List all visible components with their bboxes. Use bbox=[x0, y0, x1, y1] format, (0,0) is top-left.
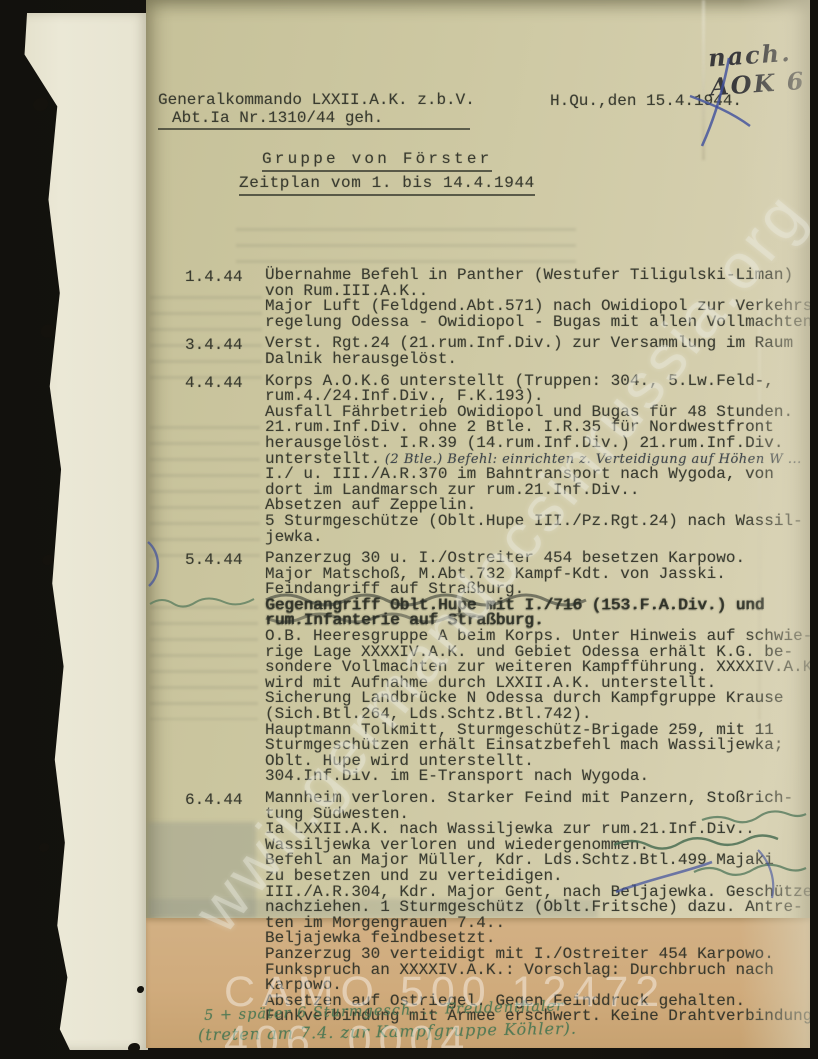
paper-crease bbox=[702, 0, 705, 160]
document-title: Gruppe von Förster bbox=[262, 150, 492, 172]
entry-body: Übernahme Befehl in Panther (Westufer Ti… bbox=[265, 268, 810, 330]
entry-body: Verst. Rgt.24 (21.rum.Inf.Div.) zur Vers… bbox=[265, 336, 810, 367]
punch-hole bbox=[33, 98, 48, 111]
letterhead-unit: Generalkommando LXXII.A.K. z.b.V. bbox=[158, 91, 475, 109]
entry-body: Panzerzug 30 u. I./Ostreiter 454 besetze… bbox=[265, 551, 810, 785]
entry-line: Funkspruch an XXXXIV.A.K.: Vorschlag: Du… bbox=[265, 963, 810, 979]
entry-line: regelung Odessa - Owidiopol - Bugas mit … bbox=[265, 315, 810, 331]
entries: 1.4.44Übernahme Befehl in Panther (Westu… bbox=[185, 268, 810, 1031]
punch-hole bbox=[39, 322, 57, 340]
bleedthrough-text bbox=[236, 222, 576, 266]
document-subtitle: Zeitplan vom 1. bis 14.4.1944 bbox=[239, 174, 535, 196]
punch-hole bbox=[39, 843, 49, 852]
schedule-entry: 6.4.44Mannheim verloren. Starker Feind m… bbox=[185, 791, 810, 1025]
routing-note-handwritten: nach. AOK 6 bbox=[707, 37, 810, 102]
entry-body: Korps A.O.K.6 unterstellt (Truppen: 304.… bbox=[265, 374, 810, 546]
backing-page-edge bbox=[22, 13, 148, 1050]
schedule-entry: 3.4.44Verst. Rgt.24 (21.rum.Inf.Div.) zu… bbox=[185, 336, 810, 367]
schedule-entry: 5.4.44Panzerzug 30 u. I./Ostreiter 454 b… bbox=[185, 551, 810, 785]
punch-hole bbox=[41, 554, 55, 567]
document-page: Generalkommando LXXII.A.K. z.b.V.Abt.Ia … bbox=[146, 0, 810, 1048]
entry-line: 304.Inf.Div. im E-Transport nach Wygoda. bbox=[265, 769, 810, 785]
entry-body: Mannheim verloren. Starker Feind mit Pan… bbox=[265, 791, 810, 1025]
entry-date: 3.4.44 bbox=[185, 336, 265, 367]
paper-spot bbox=[128, 1043, 140, 1053]
letterhead: Generalkommando LXXII.A.K. z.b.V.Abt.Ia … bbox=[158, 91, 475, 130]
document-scan: Generalkommando LXXII.A.K. z.b.V.Abt.Ia … bbox=[0, 0, 818, 1059]
entry-line: Dalnik herausgelöst. bbox=[265, 352, 810, 368]
entry-date: 1.4.44 bbox=[185, 268, 265, 330]
entry-date: 4.4.44 bbox=[185, 374, 265, 546]
entry-date: 6.4.44 bbox=[185, 791, 265, 1025]
entry-date: 5.4.44 bbox=[185, 551, 265, 785]
entry-line: jewka. bbox=[265, 530, 810, 546]
schedule-entry: 4.4.44Korps A.O.K.6 unterstellt (Truppen… bbox=[185, 374, 810, 546]
entry-line: 5 Sturmgeschütze (Oblt.Hupe III./Pz.Rgt.… bbox=[265, 514, 810, 530]
schedule-entry: 1.4.44Übernahme Befehl in Panther (Westu… bbox=[185, 268, 810, 330]
letterhead-ref: Abt.Ia Nr.1310/44 geh. bbox=[158, 109, 470, 130]
